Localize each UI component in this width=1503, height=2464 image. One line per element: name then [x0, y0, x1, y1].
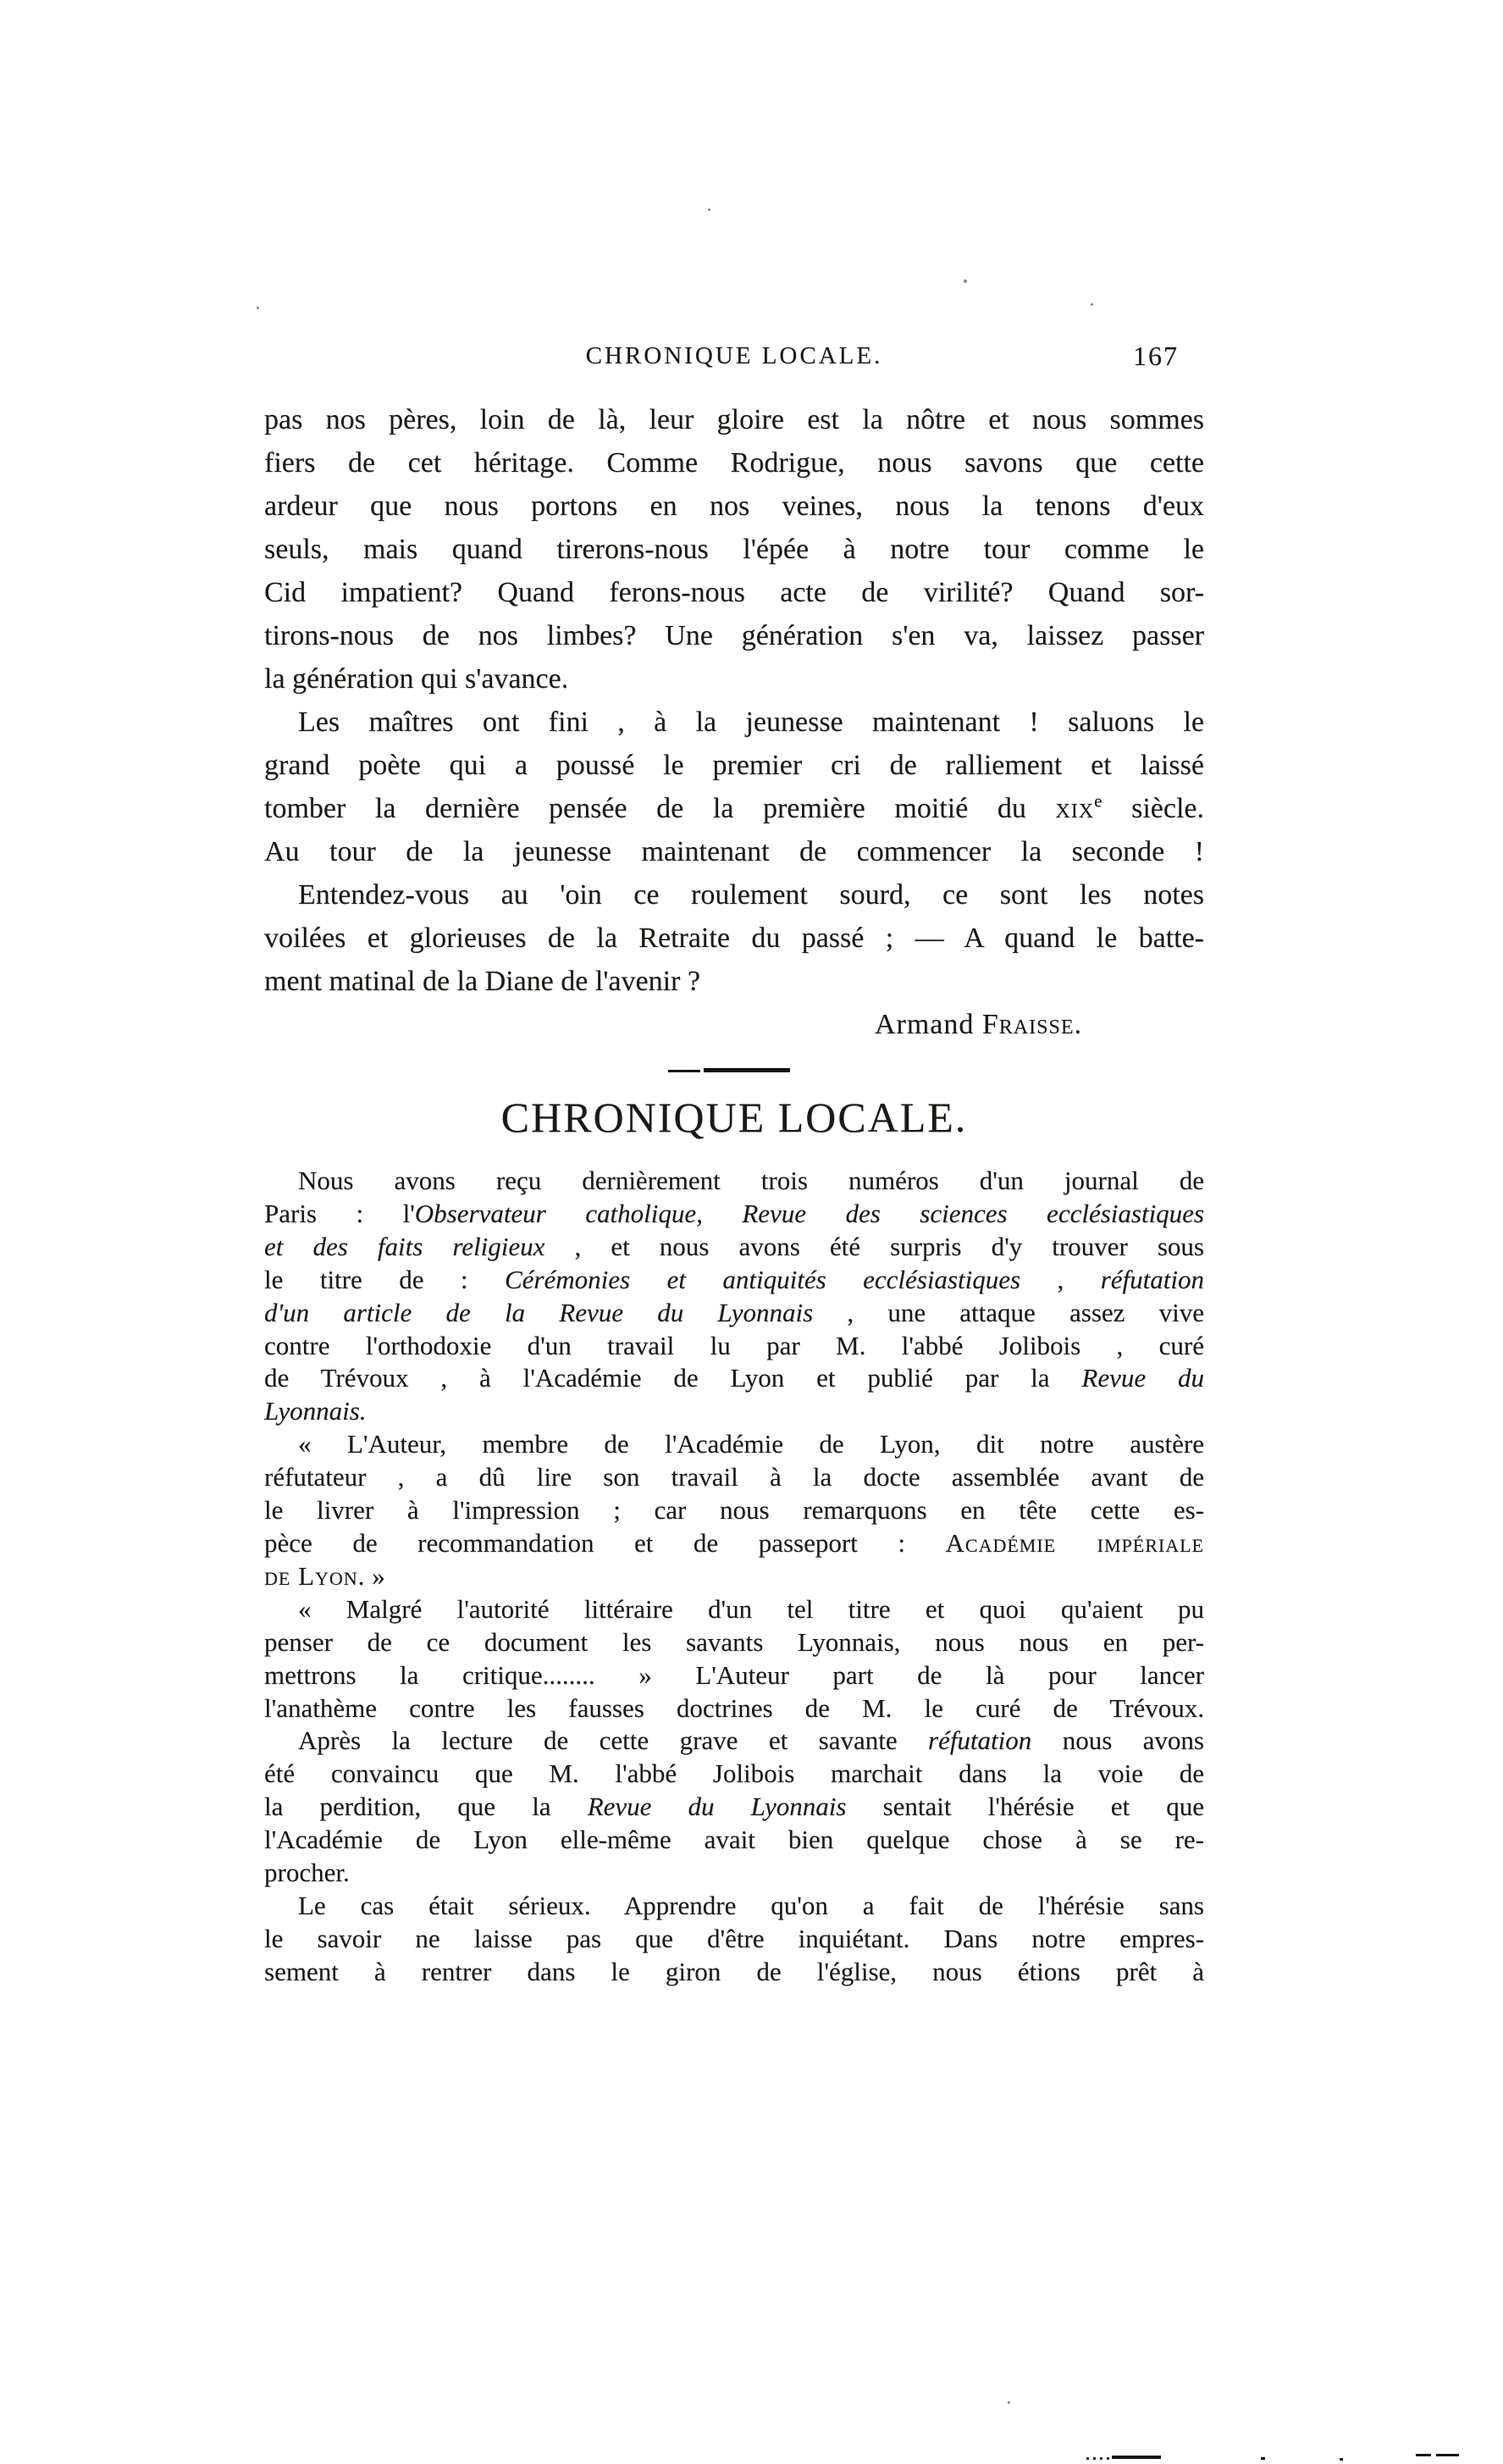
text-line: de Trévoux , à l'Académie de Lyon et pub…	[264, 1362, 1204, 1395]
text-segment: ardeur que nous portons en nos veines, n…	[264, 490, 1204, 522]
italic-text-segment: Cérémonies et antiquités ecclésiastiques	[505, 1265, 1020, 1294]
text-line: ardeur que nous portons en nos veines, n…	[264, 484, 1204, 528]
text-line: Nous avons reçu dernièrement trois numér…	[264, 1165, 1204, 1198]
text-segment: Cid impatient? Quand ferons-nous acte de…	[264, 577, 1204, 608]
text-line: ment matinal de la Diane de l'avenir ?	[264, 960, 1204, 1003]
italic-text-segment: Revue du Lyonnais	[588, 1791, 847, 1821]
italic-text-segment: réfutation	[928, 1725, 1031, 1755]
text-line: tirons-nous de nos limbes? Une génératio…	[264, 614, 1204, 657]
text-line: Au tour de la jeunesse maintenant de com…	[264, 830, 1204, 873]
text-segment: grand poète qui a poussé le premier cri …	[264, 750, 1204, 781]
text-segment: « Malgré l'autorité littéraire d'un tel …	[298, 1594, 1204, 1624]
text-segment: tirons-nous de nos limbes? Une génératio…	[264, 620, 1204, 651]
text-segment: de Trévoux , à l'Académie de Lyon et pub…	[264, 1363, 1081, 1393]
text-line: grand poète qui a poussé le premier cri …	[264, 744, 1204, 787]
text-segment: Le cas était sérieux. Apprendre qu'on a …	[298, 1891, 1204, 1920]
section-heading: CHRONIQUE LOCALE.	[264, 1093, 1204, 1142]
text-segment: siècle.	[1102, 793, 1204, 824]
scan-speck	[964, 280, 967, 283]
text-segment: réfutateur , a dû lire son travail à la …	[264, 1462, 1204, 1492]
text-line: fiers de cet héritage. Comme Rodrigue, n…	[264, 441, 1204, 484]
text-line: le titre de : Cérémonies et antiquités e…	[264, 1264, 1204, 1297]
text-segment: Les maîtres ont fini , à la jeunesse mai…	[298, 706, 1204, 738]
text-segment: Entendez-vous au 'oin ce roulement sourd…	[298, 879, 1204, 911]
text-line: d'un article de la Revue du Lyonnais , u…	[264, 1297, 1204, 1330]
text-line: Entendez-vous au 'oin ce roulement sourd…	[264, 873, 1204, 916]
text-line: seuls, mais quand tirerons-nous l'épée à…	[264, 528, 1204, 571]
text-line: la perdition, que la Revue du Lyonnais s…	[264, 1791, 1204, 1824]
italic-text-segment: Lyonnais.	[264, 1396, 367, 1426]
text-segment: pas nos pères, loin de là, leur gloire e…	[264, 404, 1204, 435]
text-segment: , une attaque assez vive	[813, 1298, 1204, 1327]
text-line: de Lyon. »	[264, 1560, 1204, 1593]
scan-artifact	[1261, 2457, 1265, 2460]
italic-text-segment: Observateur catholique, Revue des scienc…	[415, 1199, 1204, 1228]
text-line: le savoir ne laisse pas que d'être inqui…	[264, 1923, 1204, 1956]
text-segment: Nous avons reçu dernièrement trois numér…	[298, 1166, 1204, 1195]
text-segment: Paris : l'	[264, 1199, 415, 1228]
text-segment: Armand	[875, 1009, 982, 1040]
text-line: « Malgré l'autorité littéraire d'un tel …	[264, 1593, 1204, 1626]
text-line: le livrer à l'impression ; car nous rema…	[264, 1494, 1204, 1527]
text-segment: contre l'orthodoxie d'un travail lu par …	[264, 1331, 1204, 1360]
scan-artifact	[1086, 2457, 1109, 2460]
text-line: mettrons la critique........ » L'Auteur …	[264, 1659, 1204, 1692]
smallcaps-text-segment: de Lyon.	[264, 1561, 365, 1591]
text-segment: le livrer à l'impression ; car nous rema…	[264, 1495, 1204, 1525]
text-segment: mettrons la critique........ » L'Auteur …	[264, 1660, 1204, 1690]
text-segment: Après la lecture de cette grave et savan…	[298, 1725, 928, 1755]
text-line: été convaincu que M. l'abbé Jolibois mar…	[264, 1758, 1204, 1791]
text-line: Paris : l'Observateur catholique, Revue …	[264, 1198, 1204, 1231]
text-line: pas nos pères, loin de là, leur gloire e…	[264, 398, 1204, 441]
text-segment: procher.	[264, 1858, 350, 1887]
text-line: sement à rentrer dans le giron de l'égli…	[264, 1956, 1204, 1989]
italic-text-segment: Revue du	[1081, 1363, 1204, 1393]
text-line: Les maîtres ont fini , à la jeunesse mai…	[264, 700, 1204, 744]
text-line: Lyonnais.	[264, 1395, 1204, 1428]
text-line: pèce de recommandation et de passeport :…	[264, 1527, 1204, 1560]
italic-text-segment: et des faits religieux	[264, 1232, 544, 1261]
divider-segment	[668, 1070, 700, 1072]
section-divider-rule	[668, 1066, 790, 1075]
text-line: Après la lecture de cette grave et savan…	[264, 1725, 1204, 1758]
text-line: tomber la dernière pensée de la première…	[264, 787, 1204, 830]
text-segment: sement à rentrer dans le giron de l'égli…	[264, 1957, 1204, 1986]
scan-speck	[1091, 303, 1093, 306]
text-line: « L'Auteur, membre de l'Académie de Lyon…	[264, 1428, 1204, 1461]
smallcaps-text-segment: xix	[1055, 793, 1094, 824]
text-segment: »	[365, 1561, 384, 1591]
smallcaps-text-segment: Fraisse.	[982, 1009, 1082, 1040]
scan-speck	[1008, 2401, 1010, 2404]
text-segment: Au tour de la jeunesse maintenant de com…	[264, 836, 1204, 867]
text-segment: nous avons	[1031, 1725, 1204, 1755]
text-segment: la génération qui s'avance.	[264, 663, 568, 695]
text-segment: tomber la dernière pensée de la première…	[264, 793, 1055, 824]
chronique-text-block: Nous avons reçu dernièrement trois numér…	[264, 1165, 1204, 1989]
editorial-text-block: pas nos pères, loin de là, leur gloire e…	[264, 398, 1204, 1046]
text-line: la génération qui s'avance.	[264, 657, 1204, 700]
text-segment: voilées et glorieuses de la Retraite du …	[264, 922, 1204, 954]
scanned-book-page: CHRONIQUE LOCALE. 167 pas nos pères, loi…	[0, 0, 1503, 2464]
text-line: procher.	[264, 1857, 1204, 1890]
text-segment: penser de ce document les savants Lyonna…	[264, 1627, 1204, 1657]
scan-artifact	[1416, 2454, 1431, 2456]
text-segment: , et nous avons été surpris d'y trouver …	[544, 1232, 1204, 1261]
text-line: Armand Fraisse.	[264, 1003, 1204, 1046]
text-segment: seuls, mais quand tirerons-nous l'épée à…	[264, 534, 1204, 565]
scan-artifact	[1112, 2456, 1161, 2459]
divider-segment	[704, 1068, 790, 1072]
text-segment: pèce de recommandation et de passeport :	[264, 1528, 946, 1558]
text-line: voilées et glorieuses de la Retraite du …	[264, 916, 1204, 960]
scan-artifact	[1340, 2458, 1343, 2461]
scan-speck	[257, 307, 259, 309]
scan-speck	[708, 208, 710, 211]
text-segment: fiers de cet héritage. Comme Rodrigue, n…	[264, 447, 1204, 479]
text-segment: le titre de :	[264, 1265, 505, 1294]
italic-text-segment: réfutation	[1101, 1265, 1204, 1294]
text-segment: « L'Auteur, membre de l'Académie de Lyon…	[298, 1429, 1204, 1459]
text-segment: ,	[1020, 1265, 1101, 1294]
text-segment: le savoir ne laisse pas que d'être inqui…	[264, 1924, 1204, 1953]
text-segment: la perdition, que la	[264, 1791, 588, 1821]
text-segment: l'Académie de Lyon elle-même avait bien …	[264, 1824, 1204, 1854]
text-line: et des faits religieux , et nous avons é…	[264, 1231, 1204, 1264]
italic-text-segment: d'un article de la Revue du Lyonnais	[264, 1298, 813, 1327]
text-line: Le cas était sérieux. Apprendre qu'on a …	[264, 1890, 1204, 1923]
text-line: l'anathème contre les fausses doctrines …	[264, 1692, 1204, 1725]
text-line: contre l'orthodoxie d'un travail lu par …	[264, 1330, 1204, 1363]
text-line: Cid impatient? Quand ferons-nous acte de…	[264, 571, 1204, 614]
text-line: penser de ce document les savants Lyonna…	[264, 1626, 1204, 1659]
smallcaps-text-segment: Académie impériale	[946, 1528, 1204, 1558]
text-segment: l'anathème contre les fausses doctrines …	[264, 1693, 1204, 1723]
text-line: réfutateur , a dû lire son travail à la …	[264, 1461, 1204, 1494]
text-segment: sentait l'hérésie et que	[846, 1791, 1204, 1821]
text-line: l'Académie de Lyon elle-même avait bien …	[264, 1824, 1204, 1857]
text-segment: été convaincu que M. l'abbé Jolibois mar…	[264, 1758, 1204, 1788]
text-segment: ment matinal de la Diane de l'avenir ?	[264, 966, 700, 997]
page-number: 167	[1133, 341, 1179, 372]
scan-artifact	[1436, 2454, 1459, 2456]
running-header-title: CHRONIQUE LOCALE.	[264, 342, 1204, 370]
